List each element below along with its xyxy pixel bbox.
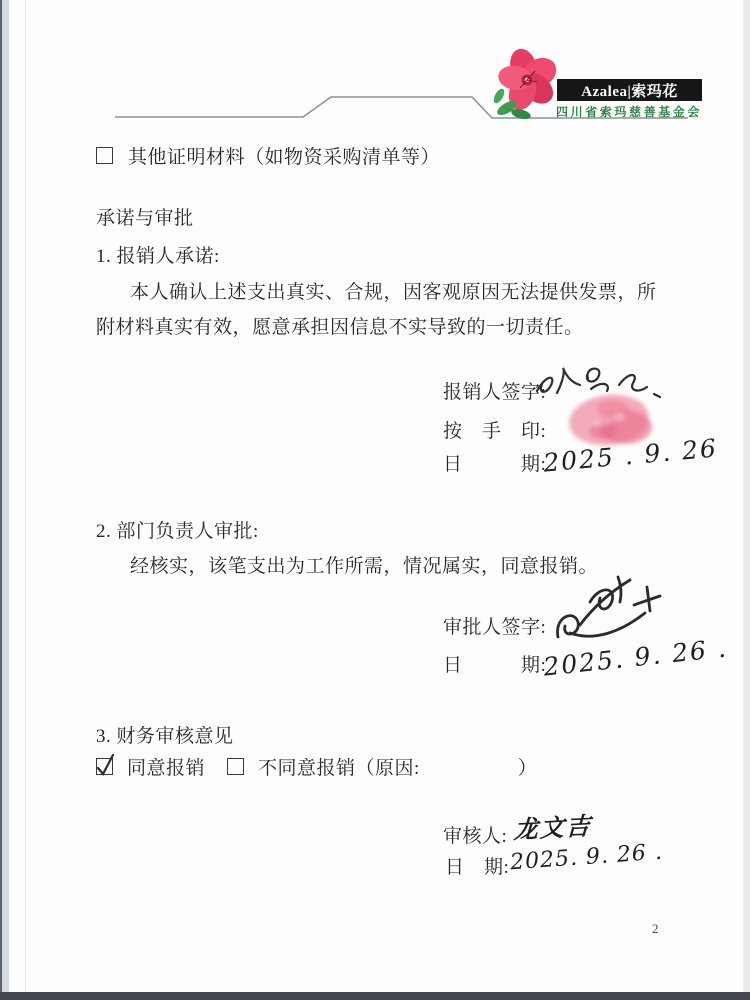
section1-heading: 1. 报销人承诺: [96, 241, 220, 268]
reviewer-label: 审核人: [443, 821, 507, 848]
page-number: 2 [652, 921, 659, 937]
section2-body: 经核实，该笔支出为工作所需，情况属实，同意报销。 [130, 551, 598, 578]
other-materials-row: 其他证明材料（如物资采购清单等） [96, 142, 440, 169]
section2-heading: 2. 部门负责人审批: [96, 516, 259, 543]
date-label-3: 日 期: [445, 852, 509, 879]
reason-close-paren: ） [518, 753, 538, 780]
disagree-label: 不同意报销（原因: [258, 753, 420, 780]
date-value-3: 2025. 9. 26 . [509, 840, 663, 876]
brand-name: Azalea|索玛花 [581, 80, 678, 101]
brand-banner: Azalea|索玛花 [557, 79, 702, 101]
agree-label: 同意报销 [127, 753, 205, 780]
approval-title: 承诺与审批 [96, 203, 194, 230]
section1-body-line1: 本人确认上述支出真实、合规，因客观原因无法提供发票，所 [130, 277, 657, 304]
scan-edge-bottom [0, 992, 750, 1000]
sign-label-1: 报销人签字: [443, 377, 546, 404]
scan-shadow-right [743, 0, 750, 992]
scanned-document-page: Azalea|索玛花 四川省索玛慈善基金会 其他证明材料（如物资采购清单等） 承… [0, 0, 750, 1000]
reviewer-name: 龙文吉 [513, 806, 593, 845]
checkbox-disagree [227, 758, 244, 775]
finance-options-row: 同意报销 不同意报销（原因: ） [96, 753, 537, 780]
reimburser-signature [533, 363, 668, 407]
azalea-flower-icon [487, 46, 567, 122]
section3-heading: 3. 财务审核意见 [96, 721, 234, 748]
other-materials-label: 其他证明材料（如物资采购清单等） [128, 142, 440, 169]
fingerprint-label: 按 手 印: [443, 416, 546, 443]
section1-body-line2: 附材料真实有效，愿意承担因信息不实导致的一切责任。 [96, 312, 584, 339]
date-label-2: 日 期: [443, 650, 546, 677]
date-label-1: 日 期: [443, 449, 546, 476]
check-icon [94, 751, 118, 777]
page-fold-line [25, 0, 26, 992]
checkbox-other-materials [96, 147, 113, 164]
scan-shadow-left [2, 0, 9, 1000]
org-name: 四川省索玛慈善基金会 [556, 103, 702, 120]
checkbox-agree [96, 758, 113, 775]
sign-label-2: 审批人签字: [443, 612, 546, 639]
